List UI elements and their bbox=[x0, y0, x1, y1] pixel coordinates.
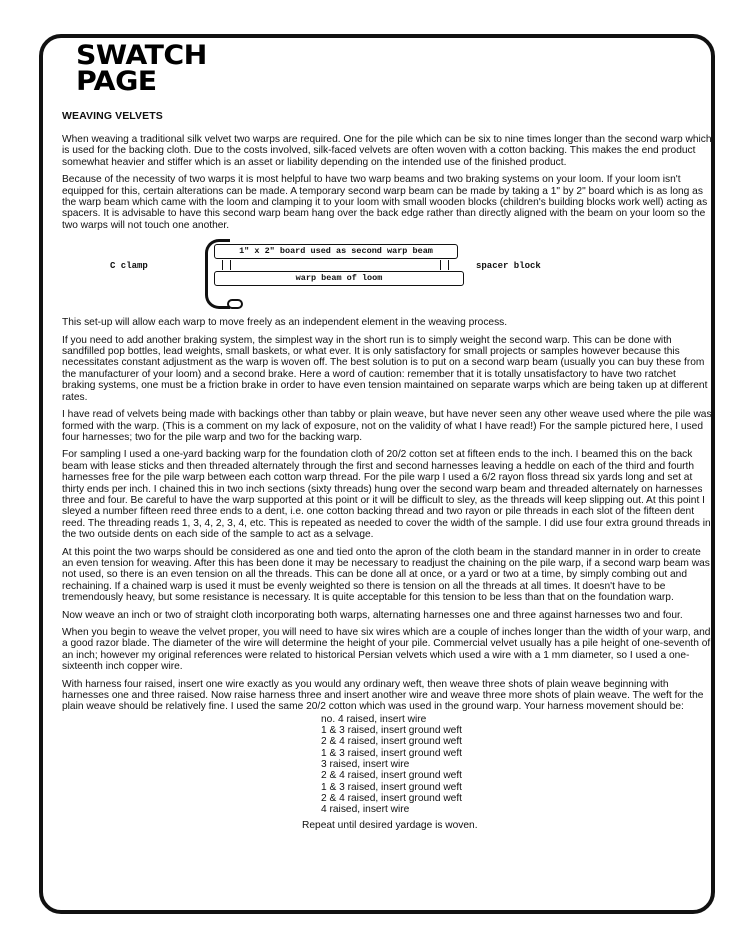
harness-sequence: no. 4 raised, insert wire 1 & 3 raised, … bbox=[321, 714, 712, 816]
paragraph: For sampling I used a one-yard backing w… bbox=[62, 449, 712, 540]
harness-step: 2 & 4 raised, insert ground weft bbox=[321, 736, 712, 747]
second-warp-beam-board: 1" x 2" board used as second warp beam bbox=[214, 244, 458, 259]
paragraph: With harness four raised, insert one wir… bbox=[62, 679, 712, 713]
harness-step: 1 & 3 raised, insert ground weft bbox=[321, 782, 712, 793]
paragraph: This set-up will allow each warp to move… bbox=[62, 317, 712, 328]
paragraph: When you begin to weave the velvet prope… bbox=[62, 627, 712, 673]
harness-step: 2 & 4 raised, insert ground weft bbox=[321, 770, 712, 781]
spacer-block-right bbox=[440, 260, 449, 270]
title-line-2: PAGE bbox=[76, 69, 207, 95]
spacer-label: spacer block bbox=[476, 261, 541, 272]
paragraph: I have read of velvets being made with b… bbox=[62, 409, 712, 443]
harness-step: no. 4 raised, insert wire bbox=[321, 714, 712, 725]
paragraph: Because of the necessity of two warps it… bbox=[62, 174, 712, 231]
paragraph: When weaving a traditional silk velvet t… bbox=[62, 134, 712, 168]
harness-step: 3 raised, insert wire bbox=[321, 759, 712, 770]
harness-step: 1 & 3 raised, insert ground weft bbox=[321, 725, 712, 736]
loom-warp-beam: warp beam of loom bbox=[214, 271, 464, 286]
harness-step: 1 & 3 raised, insert ground weft bbox=[321, 748, 712, 759]
harness-step: 4 raised, insert wire bbox=[321, 804, 712, 815]
paragraph: Now weave an inch or two of straight clo… bbox=[62, 610, 712, 621]
paragraph: At this point the two warps should be co… bbox=[62, 547, 712, 604]
warp-beam-diagram: C clamp 1" x 2" board used as second war… bbox=[62, 237, 712, 313]
paragraph: If you need to add another braking syste… bbox=[62, 335, 712, 403]
page-title: SWATCH PAGE bbox=[76, 43, 207, 95]
clamp-screw-icon bbox=[227, 299, 243, 309]
harness-step: 2 & 4 raised, insert ground weft bbox=[321, 793, 712, 804]
clamp-label: C clamp bbox=[110, 261, 148, 272]
article-body: When weaving a traditional silk velvet t… bbox=[62, 134, 712, 831]
spacer-block-left bbox=[222, 260, 231, 270]
section-heading: WEAVING VELVETS bbox=[62, 110, 163, 122]
closing-instruction: Repeat until desired yardage is woven. bbox=[302, 820, 712, 831]
